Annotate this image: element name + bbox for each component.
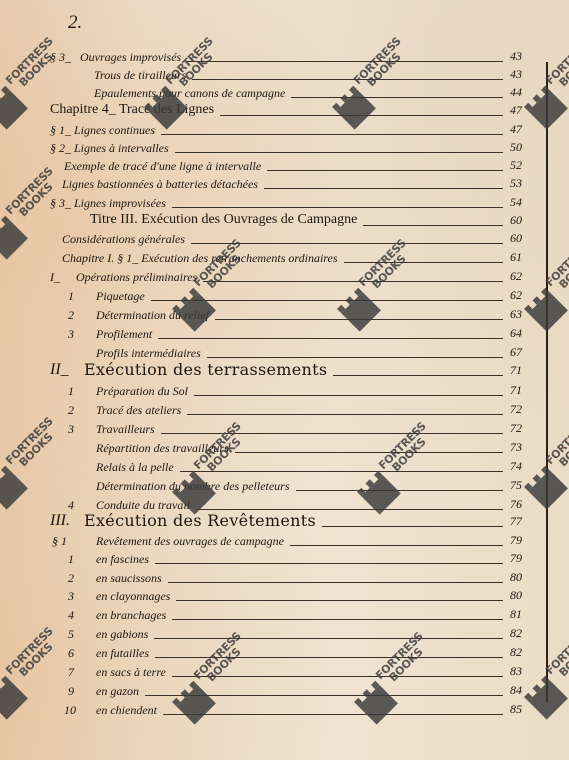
toc-entry-title: Profilement — [96, 327, 152, 342]
toc-entry: II_Exécution des terrassements71 — [0, 362, 569, 382]
toc-entry-page: 84 — [510, 683, 540, 698]
toc-entry: Relais à la pelle74 — [0, 458, 569, 478]
toc-entry-page: 81 — [510, 607, 540, 622]
toc-entry-title: en gabions — [96, 627, 148, 642]
toc-entry: 2Tracé des ateliers72 — [0, 401, 569, 421]
toc-entry-title: en futailles — [96, 646, 149, 661]
toc-entry-title: Chapitre I. § 1_ Exécution des retranche… — [62, 251, 338, 266]
dotted-leader-line — [215, 319, 503, 320]
toc-entry-page: 47 — [510, 103, 540, 118]
dotted-leader-line — [322, 526, 503, 527]
toc-entry-page: 80 — [510, 570, 540, 585]
toc-entry-page: 43 — [510, 67, 540, 82]
toc-entry-number: § 3_ — [50, 196, 71, 211]
toc-entry: 6en futailles82 — [0, 644, 569, 664]
dotted-leader-line — [267, 170, 503, 171]
dotted-leader-line — [155, 563, 503, 564]
toc-entry-page: 83 — [510, 664, 540, 679]
toc-entry-page: 64 — [510, 326, 540, 341]
toc-entry-title: Ouvrages improvisés — [80, 50, 181, 65]
dotted-leader-line — [290, 545, 503, 546]
toc-entry-page: 72 — [510, 421, 540, 436]
toc-entry-title: en sacs à terre — [96, 665, 166, 680]
toc-entry-number: § 1 — [52, 534, 67, 549]
dotted-leader-line — [235, 452, 503, 453]
toc-entry-page: 50 — [510, 140, 540, 155]
toc-entry-page: 72 — [510, 402, 540, 417]
toc-entry-page: 71 — [510, 363, 540, 378]
dotted-leader-line — [172, 207, 503, 208]
toc-entry: I_Opérations préliminaires62 — [0, 268, 569, 288]
toc-entry: 5en gabions82 — [0, 625, 569, 645]
dotted-leader-line — [176, 600, 503, 601]
toc-entry-title: Titre III. Exécution des Ouvrages de Cam… — [90, 212, 357, 228]
toc-entry-page: 52 — [510, 158, 540, 173]
toc-entry-title: Trous de tirailleurs — [94, 68, 186, 83]
toc-entry-title: en chiendent — [96, 703, 157, 718]
toc-entry: 7en sacs à terre83 — [0, 663, 569, 683]
dotted-leader-line — [145, 695, 503, 696]
dotted-leader-line — [163, 714, 503, 715]
dotted-leader-line — [155, 657, 503, 658]
toc-entry-page: 71 — [510, 383, 540, 398]
toc-entry-page: 79 — [510, 551, 540, 566]
toc-entry-title: Revêtement des ouvrages de campagne — [96, 534, 284, 549]
toc-entry: 3en clayonnages80 — [0, 587, 569, 607]
toc-entry-title: Considérations générales — [62, 232, 185, 247]
dotted-leader-line — [203, 281, 503, 282]
toc-entry-title: Tracé des ateliers — [96, 403, 181, 418]
toc-entry-page: 62 — [510, 269, 540, 284]
toc-entry-number: 9 — [68, 684, 74, 699]
dotted-leader-line — [264, 188, 503, 189]
toc-entry-title: Lignes continues — [74, 123, 155, 138]
toc-entry-number: II_ — [50, 361, 69, 379]
toc-entry: Chapitre I. § 1_ Exécution des retranche… — [0, 249, 569, 269]
toc-entry-page: 74 — [510, 459, 540, 474]
toc-entry: § 1_Lignes continues47 — [0, 121, 569, 141]
dotted-leader-line — [291, 97, 503, 98]
toc-entry-number: 3 — [68, 327, 74, 342]
dotted-leader-line — [151, 300, 503, 301]
toc-entry-page: 82 — [510, 645, 540, 660]
toc-entry-title: en fascines — [96, 552, 149, 567]
toc-entry: Détermination du nombre des pelleteurs75 — [0, 477, 569, 497]
toc-entry-title: en branchages — [96, 608, 166, 623]
toc-entry: 3Profilement64 — [0, 325, 569, 345]
toc-entry-page: 79 — [510, 533, 540, 548]
toc-entry-title: Chapitre 4_ Tracé des Lignes — [50, 102, 214, 118]
toc-entry-title: Détermination du nombre des pelleteurs — [96, 479, 290, 494]
toc-entry-title: Relais à la pelle — [96, 460, 174, 475]
dotted-leader-line — [220, 115, 503, 116]
toc-entry-page: 80 — [510, 588, 540, 603]
toc-entry-page: 82 — [510, 626, 540, 641]
toc-entry-title: Exécution des terrassements — [84, 360, 327, 379]
toc-entry-title: Lignes improvisées — [74, 196, 166, 211]
toc-entry-number: 4 — [68, 498, 74, 513]
toc-entry: Titre III. Exécution des Ouvrages de Cam… — [0, 212, 569, 232]
toc-entry-title: Epaulements pour canons de campagne — [94, 86, 285, 101]
toc-entry: Lignes bastionnées à batteries détachées… — [0, 175, 569, 195]
dotted-leader-line — [175, 152, 503, 153]
dotted-leader-line — [194, 395, 503, 396]
toc-entry-number: 2 — [68, 403, 74, 418]
toc-entry-title: Profils intermédiaires — [96, 346, 201, 361]
dotted-leader-line — [363, 225, 503, 226]
toc-entry: 1en fascines79 — [0, 550, 569, 570]
toc-entry-page: 76 — [510, 497, 540, 512]
toc-entry-title: Piquetage — [96, 289, 145, 304]
manuscript-page: 2. § 3_Ouvrages improvisés43Trous de tir… — [0, 0, 569, 760]
dotted-leader-line — [187, 414, 503, 415]
toc-entry: Répartition des travailleurs73 — [0, 439, 569, 459]
dotted-leader-line — [172, 676, 503, 677]
toc-entry: Exemple de tracé d'une ligne à intervall… — [0, 157, 569, 177]
dotted-leader-line — [187, 61, 503, 62]
toc-entry-number: 5 — [68, 627, 74, 642]
toc-entry: Trous de tirailleurs43 — [0, 66, 569, 86]
toc-entry-page: 77 — [510, 514, 540, 529]
toc-entry-number: I_ — [50, 270, 60, 285]
toc-entry: 3Travailleurs72 — [0, 420, 569, 440]
toc-entry-number: 3 — [68, 422, 74, 437]
dotted-leader-line — [333, 375, 503, 376]
toc-entry: Considérations générales60 — [0, 230, 569, 250]
toc-entry-page: 44 — [510, 85, 540, 100]
toc-entry-title: Lignes à intervalles — [74, 141, 169, 156]
toc-entry: 1Préparation du Sol71 — [0, 382, 569, 402]
dotted-leader-line — [154, 638, 503, 639]
dotted-leader-line — [161, 134, 503, 135]
toc-entry-number: 6 — [68, 646, 74, 661]
dotted-leader-line — [344, 262, 503, 263]
toc-entry-page: 60 — [510, 231, 540, 246]
toc-entry-number: 4 — [68, 608, 74, 623]
dotted-leader-line — [161, 433, 503, 434]
toc-entry-title: Répartition des travailleurs — [96, 441, 229, 456]
toc-entry-title: Opérations préliminaires — [76, 270, 197, 285]
toc-entry: Chapitre 4_ Tracé des Lignes47 — [0, 102, 569, 122]
toc-entry-number: 7 — [68, 665, 74, 680]
toc-entry: § 1Revêtement des ouvrages de campagne79 — [0, 532, 569, 552]
toc-entry-title: Préparation du Sol — [96, 384, 188, 399]
toc-entry-page: 47 — [510, 122, 540, 137]
toc-entry-title: Exemple de tracé d'une ligne à intervall… — [64, 159, 261, 174]
toc-entry: § 3_Ouvrages improvisés43 — [0, 48, 569, 68]
toc-entry-title: en clayonnages — [96, 589, 170, 604]
dotted-leader-line — [191, 243, 503, 244]
page-number: 2. — [68, 12, 82, 34]
toc-entry-title: en gazon — [96, 684, 139, 699]
toc-entry-title: Lignes bastionnées à batteries détachées — [62, 177, 258, 192]
toc-entry-title: Exécution des Revêtements — [84, 511, 316, 530]
toc-entry-page: 63 — [510, 307, 540, 322]
toc-entry: § 2_Lignes à intervalles50 — [0, 139, 569, 159]
toc-entry-title: en saucissons — [96, 571, 162, 586]
dotted-leader-line — [180, 471, 503, 472]
toc-entry-number: 2 — [68, 571, 74, 586]
toc-entry-number: § 3_ — [50, 50, 71, 65]
toc-entry-page: 54 — [510, 195, 540, 210]
toc-entry: 1Piquetage62 — [0, 287, 569, 307]
toc-entry: 4en branchages81 — [0, 606, 569, 626]
toc-entry-page: 67 — [510, 345, 540, 360]
toc-entry-title: Travailleurs — [96, 422, 155, 437]
toc-entry: 10en chiendent85 — [0, 701, 569, 721]
toc-entry-number: § 1_ — [50, 123, 71, 138]
dotted-leader-line — [168, 582, 503, 583]
toc-entry-page: 61 — [510, 250, 540, 265]
toc-entry-page: 43 — [510, 49, 540, 64]
toc-entry-number: 1 — [68, 552, 74, 567]
toc-entry: § 3_Lignes improvisées54 — [0, 194, 569, 214]
toc-entry: III.Exécution des Revêtements77 — [0, 513, 569, 533]
toc-entry: 9en gazon84 — [0, 682, 569, 702]
dotted-leader-line — [296, 490, 503, 491]
toc-entry: 2Détermination du relief63 — [0, 306, 569, 326]
toc-entry-page: 60 — [510, 213, 540, 228]
toc-entry-number: 10 — [64, 703, 76, 718]
toc-entry-page: 73 — [510, 440, 540, 455]
toc-entry: 2en saucissons80 — [0, 569, 569, 589]
toc-entry-number: 3 — [68, 589, 74, 604]
toc-entry-number: III. — [50, 512, 70, 530]
toc-entry-page: 53 — [510, 176, 540, 191]
toc-entry-page: 75 — [510, 478, 540, 493]
toc-entry-number: 1 — [68, 289, 74, 304]
toc-entry-number: 1 — [68, 384, 74, 399]
dotted-leader-line — [172, 619, 503, 620]
toc-entry-title: Détermination du relief — [96, 308, 209, 323]
toc-entry-number: 2 — [68, 308, 74, 323]
toc-entry-page: 62 — [510, 288, 540, 303]
toc-entry: Epaulements pour canons de campagne44 — [0, 84, 569, 104]
dotted-leader-line — [158, 338, 503, 339]
dotted-leader-line — [207, 357, 503, 358]
toc-entry-page: 85 — [510, 702, 540, 717]
toc-entry-number: § 2_ — [50, 141, 71, 156]
dotted-leader-line — [192, 79, 503, 80]
